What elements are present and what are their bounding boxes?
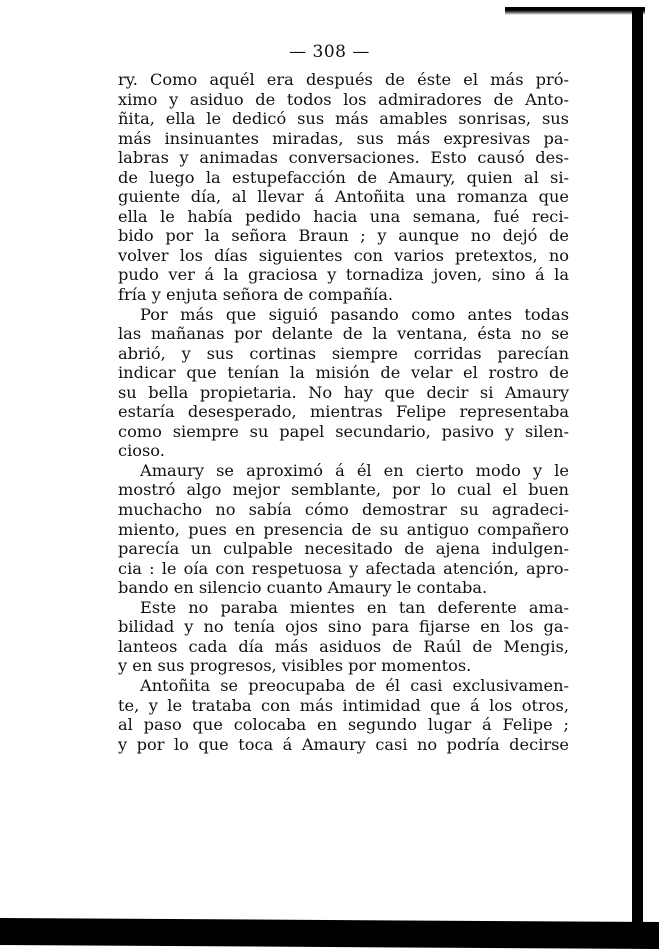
text-line: y en sus progresos, visibles por momento…	[118, 656, 569, 676]
text-line: pudo ver á la graciosa y tornadiza joven…	[118, 265, 569, 285]
body-text: ry. Como aquél era después de éste el má…	[118, 70, 569, 754]
text-line: muchacho no sabía cómo demostrar su agra…	[118, 500, 569, 520]
paragraph: Amaury se aproximó á él en cierto modo y…	[118, 461, 569, 598]
text-line: ñita, ella le dedicó sus más amables son…	[118, 109, 569, 129]
text-line: lanteos cada día más asiduos de Raúl de …	[118, 637, 569, 657]
text-line: más insinuantes miradas, sus más expresi…	[118, 129, 569, 149]
text-line: y por lo que toca á Amaury casi no podrí…	[118, 735, 569, 755]
paragraph: Antoñita se preocupaba de él casi exclus…	[118, 676, 569, 754]
text-line: cioso.	[118, 441, 569, 461]
text-line: Antoñita se preocupaba de él casi exclus…	[118, 676, 569, 696]
text-line: guiente día, al llevar á Antoñita una ro…	[118, 187, 569, 207]
scan-bottom-edge-shadow	[0, 918, 659, 949]
text-line: Por más que siguió pasando como antes to…	[118, 305, 569, 325]
text-line: estaría desesperado, mientras Felipe rep…	[118, 402, 569, 422]
text-line: fría y enjuta señora de compañía.	[118, 285, 569, 305]
scan-right-edge-shadow	[632, 8, 643, 923]
text-line: bando en silencio cuanto Amaury le conta…	[118, 578, 569, 598]
paragraph: Por más que siguió pasando como antes to…	[118, 305, 569, 461]
text-line: su bella propietaria. No hay que decir s…	[118, 383, 569, 403]
text-line: ximo y asiduo de todos los admiradores d…	[118, 90, 569, 110]
scan-top-edge-shadow	[505, 7, 645, 15]
text-line: miento, pues en presencia de su antiguo …	[118, 520, 569, 540]
scanned-book-page: — 308 — ry. Como aquél era después de és…	[0, 0, 659, 949]
text-line: mostró algo mejor semblante, por lo cual…	[118, 480, 569, 500]
text-line: cia : le oía con respetuosa y afectada a…	[118, 559, 569, 579]
text-line: como siempre su papel secundario, pasivo…	[118, 422, 569, 442]
paragraph: Este no paraba mientes en tan deferente …	[118, 598, 569, 676]
text-line: abrió, y sus cortinas siempre corridas p…	[118, 344, 569, 364]
text-line: indicar que tenían la misión de velar el…	[118, 363, 569, 383]
text-line: bido por la señora Braun ; y aunque no d…	[118, 226, 569, 246]
text-line: las mañanas por delante de la ventana, é…	[118, 324, 569, 344]
paragraph: ry. Como aquél era después de éste el má…	[118, 70, 569, 305]
text-line: ry. Como aquél era después de éste el má…	[118, 70, 569, 90]
text-line: te, y le trataba con más intimidad que á…	[118, 696, 569, 716]
text-line: bilidad y no tenía ojos sino para fijars…	[118, 617, 569, 637]
text-line: Amaury se aproximó á él en cierto modo y…	[118, 461, 569, 481]
text-line: volver los días siguientes con varios pr…	[118, 246, 569, 266]
text-line: labras y animadas conversaciones. Esto c…	[118, 148, 569, 168]
text-line: al paso que colocaba en segundo lugar á …	[118, 715, 569, 735]
text-line: de luego la estupefacción de Amaury, qui…	[118, 168, 569, 188]
text-line: parecía un culpable necesitado de ajena …	[118, 539, 569, 559]
text-line: Este no paraba mientes en tan deferente …	[118, 598, 569, 618]
text-line: ella le había pedido hacia una semana, f…	[118, 207, 569, 227]
page-number: — 308 —	[0, 42, 659, 62]
